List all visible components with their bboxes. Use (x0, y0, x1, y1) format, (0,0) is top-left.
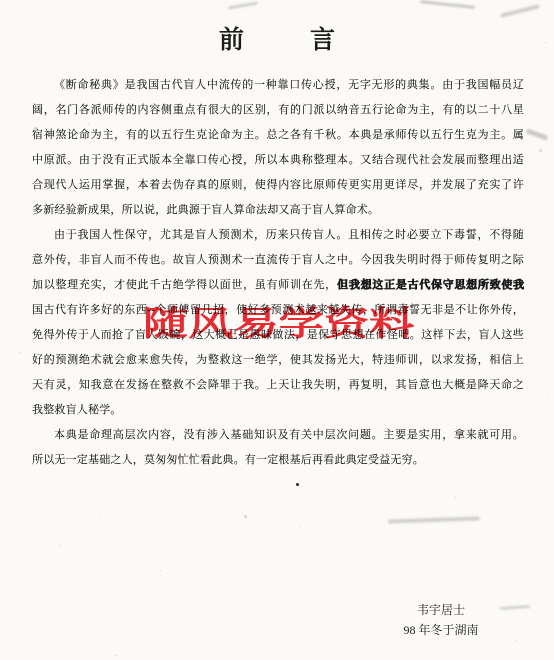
scan-smudge (228, 1, 258, 9)
scan-smudge (420, 0, 475, 9)
body-line: 所以无一定基础之人，莫匆匆忙忙看此典。有一定根基后再看此典定受益无穷。 (32, 448, 524, 473)
body-line: 天有灵，知我意在发扬在整救不会降罪于我。上天让我失明，再复明，其旨意也大概是降天… (32, 373, 524, 398)
preface-body: 《断命秘典》是我国古代盲人中流传的一种靠口传心授，无字无形的典集。由于我国幅员辽… (32, 73, 524, 473)
title-char-1: 前 (219, 20, 244, 56)
body-line: 由于我国人性保守，尤其是盲人预测术，历来只传盲人。且相传之时必要立下毒誓，不得随 (32, 223, 524, 248)
watermark: 随风易学资料 (143, 306, 417, 342)
body-line: 本典是命理高层次内容，没有涉入基础知识及有关中层次问题。主要是实用，拿来就可用。 (32, 423, 524, 448)
page-title: 前 言 (0, 20, 554, 56)
body-line-overprinted-segment: 但我想这正是古代保守思想所致使我 (337, 279, 524, 291)
body-line: 好的预测绝术就会愈来愈失传，为整救这一绝学，使其发扬光大，特违师训，以求发扬，相… (32, 348, 524, 373)
stray-ink-dot (296, 483, 299, 486)
body-line: 中原派。由于没有正式版本全靠口传心授，所以本典称整理本。又结合现代社会发展而整理… (32, 148, 524, 173)
scan-smudge (526, 128, 548, 140)
signature-date-place: 98 年冬于湖南 (361, 620, 521, 640)
signature-name: 韦宇居士 (361, 600, 521, 620)
scan-noise-speckles (0, 0, 1, 1)
body-line: 加以整理充实，才使此千古绝学得以面世，虽有师训在先，但我想这正是古代保守思想所致… (32, 273, 524, 298)
body-line: 多新经验新成果，所以说，此典源于盲人算命法却又高于盲人算命术。 (32, 198, 524, 223)
body-line: 意外传，非盲人而不传也。故盲人预测术一直流传于盲人之中。今因我失明时得于师传复明… (32, 248, 524, 273)
scan-smudge (500, 4, 540, 18)
body-line: 《断命秘典》是我国古代盲人中流传的一种靠口传心授，无字无形的典集。由于我国幅员辽 (32, 73, 524, 98)
scan-smudge (388, 516, 480, 523)
scanned-page: 前 言 《断命秘典》是我国古代盲人中流传的一种靠口传心授，无字无形的典集。由于我… (0, 0, 554, 660)
signature-block: 韦宇居士 98 年冬于湖南 (361, 600, 521, 640)
title-char-2: 言 (310, 20, 335, 56)
body-line: 宿神煞论命为主，有的以五行生克论命为主。总之各有千秋。本典是承师传以五行生克为主… (32, 123, 524, 148)
body-line: 阔，名门各派师传的内容侧重点有很大的区别，有的门派以纳音五行论命为主，有的以二十… (32, 98, 524, 123)
body-line: 合现代人运用掌握，本着去伪存真的原则，使得内容比原师传更实用更详尽，并发展了充实… (32, 173, 524, 198)
body-line: 我整救盲人秘学。 (32, 398, 524, 423)
body-line-segment: 加以整理充实，才使此千古绝学得以面世，虽有师训在先， (32, 279, 337, 291)
